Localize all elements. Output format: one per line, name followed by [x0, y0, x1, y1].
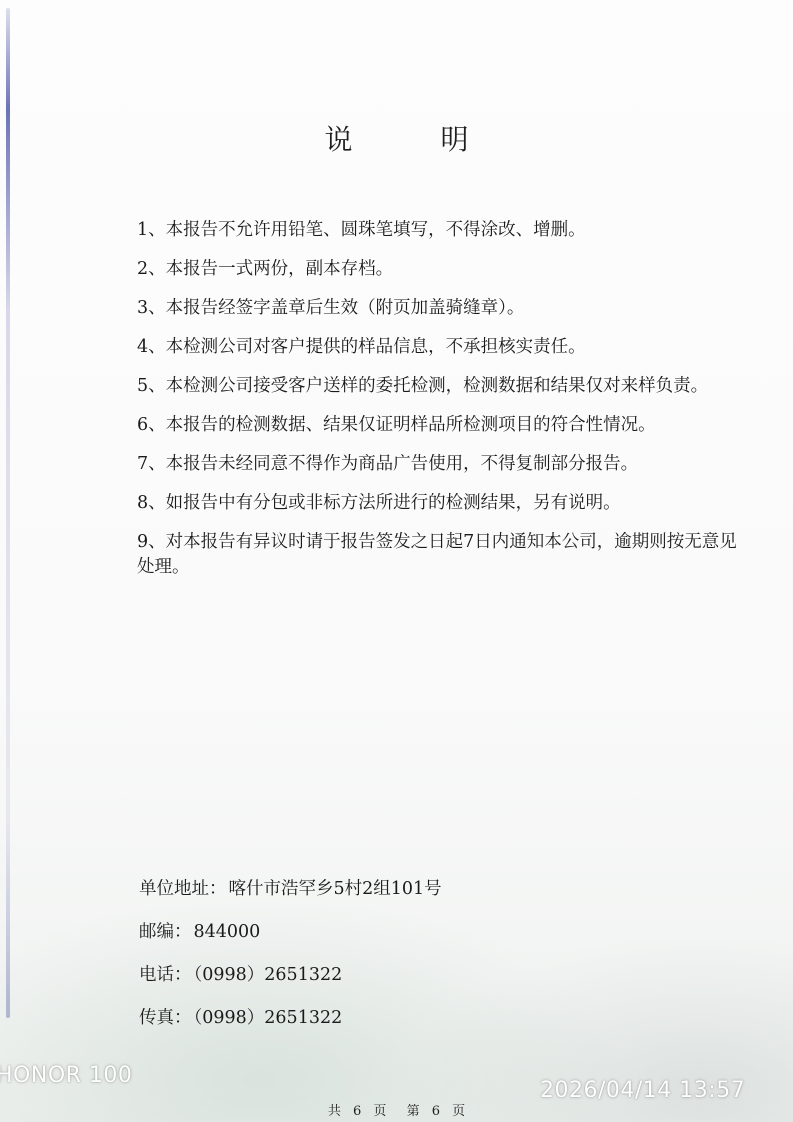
note-item: 6、本报告的检测数据、结果仅证明样品所检测项目的符合性情况。: [137, 413, 737, 438]
address-value: 喀什市浩罕乡5村2组101号: [229, 879, 442, 899]
phone-value: （0998）2651322: [194, 965, 343, 985]
phone-label: 电话：: [139, 965, 192, 985]
postcode-value: 844000: [194, 922, 261, 942]
notes-list: 1、本报告不允许用铅笔、圆珠笔填写，不得涂改、增删。 2、本报告一式两份，副本存…: [137, 218, 737, 594]
address-label: 单位地址：: [139, 879, 227, 899]
phone-row: 电话：（0998）2651322: [139, 962, 559, 989]
note-item: 5、本检测公司接受客户送样的委托检测，检测数据和结果仅对来样负责。: [137, 374, 737, 399]
note-item: 3、本报告经签字盖章后生效（附页加盖骑缝章）。: [137, 296, 737, 321]
note-item: 9、对本报告有异议时请于报告签发之日起7日内通知本公司，逾期则按无意见处理。: [137, 530, 737, 580]
contact-block: 单位地址：喀什市浩罕乡5村2组101号 邮编：844000 电话：（0998）2…: [139, 876, 559, 1048]
fax-value: （0998）2651322: [194, 1008, 343, 1028]
fax-row: 传真：（0998）2651322: [139, 1005, 559, 1032]
note-item: 2、本报告一式两份，副本存档。: [137, 257, 737, 282]
note-item: 8、如报告中有分包或非标方法所进行的检测结果，另有说明。: [137, 491, 737, 516]
camera-device-watermark: HONOR 100: [0, 1063, 132, 1088]
note-item: 1、本报告不允许用铅笔、圆珠笔填写，不得涂改、增删。: [137, 218, 737, 243]
total-pages: 共 6 页: [328, 1104, 387, 1119]
binding-edge: [6, 8, 10, 1018]
fax-label: 传真：: [139, 1008, 192, 1028]
current-page: 第 6 页: [407, 1104, 466, 1119]
note-item: 7、本报告未经同意不得作为商品广告使用，不得复制部分报告。: [137, 452, 737, 477]
note-item: 4、本检测公司对客户提供的样品信息，不承担核实责任。: [137, 335, 737, 360]
page-title: 说明: [0, 118, 793, 158]
camera-timestamp-watermark: 2026/04/14 13:57: [540, 1078, 745, 1103]
postcode-label: 邮编：: [139, 922, 192, 942]
postcode-row: 邮编：844000: [139, 919, 559, 946]
address-row: 单位地址：喀什市浩罕乡5村2组101号: [139, 876, 559, 903]
